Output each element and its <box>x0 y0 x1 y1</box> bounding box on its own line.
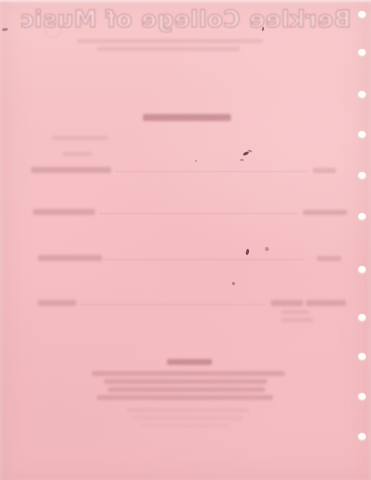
showthrough-line <box>52 136 108 140</box>
showthrough-heading <box>167 359 212 365</box>
punch-hole <box>358 393 366 401</box>
showthrough-tail-line <box>133 416 243 420</box>
showthrough-row-label <box>33 209 95 215</box>
showthrough-tail-line <box>127 408 249 412</box>
punch-hole <box>358 49 366 57</box>
scanned-pink-program-page: Berklee College of Music <box>0 0 371 480</box>
showthrough-row-label <box>31 167 111 173</box>
ink-mark <box>240 159 244 161</box>
showthrough-paragraph-line <box>92 371 285 376</box>
punch-hole <box>358 314 366 322</box>
showthrough-tail-line <box>142 424 230 428</box>
showthrough-row-leader <box>100 213 298 214</box>
punch-hole <box>358 91 366 99</box>
punch-hole <box>358 213 366 221</box>
punch-hole <box>358 266 366 274</box>
ink-mark <box>195 160 197 162</box>
showthrough-line <box>62 152 92 156</box>
ink-mark <box>265 247 269 251</box>
showthrough-row-leader <box>106 259 304 260</box>
showthrough-paragraph-line <box>97 395 273 400</box>
showthrough-row-label <box>38 300 76 306</box>
showthrough-row-value <box>303 210 347 215</box>
showthrough-subtitle-line <box>97 47 240 51</box>
punch-hole <box>358 11 366 19</box>
showthrough-paragraph-line <box>104 379 267 384</box>
showthrough-row-value <box>313 168 336 173</box>
punch-hole <box>358 433 366 441</box>
ink-mark <box>232 282 235 285</box>
showthrough-paragraph-line <box>108 387 265 392</box>
punch-hole <box>358 172 366 180</box>
showthrough-heading <box>143 114 231 121</box>
punch-hole <box>358 353 366 361</box>
showthrough-row-value <box>306 300 346 306</box>
paper-watermark-ring <box>44 20 62 38</box>
ink-mark <box>245 249 249 256</box>
showthrough-row-value <box>317 256 341 261</box>
showthrough-row-subline <box>281 310 309 314</box>
showthrough-row-leader <box>116 171 308 172</box>
showthrough-row-leader <box>80 304 265 305</box>
punch-hole <box>358 131 366 139</box>
showthrough-subtitle-line <box>77 39 263 43</box>
showthrough-row-label <box>38 255 102 261</box>
showthrough-row-subline <box>281 318 313 322</box>
showthrough-row-value <box>271 300 303 306</box>
